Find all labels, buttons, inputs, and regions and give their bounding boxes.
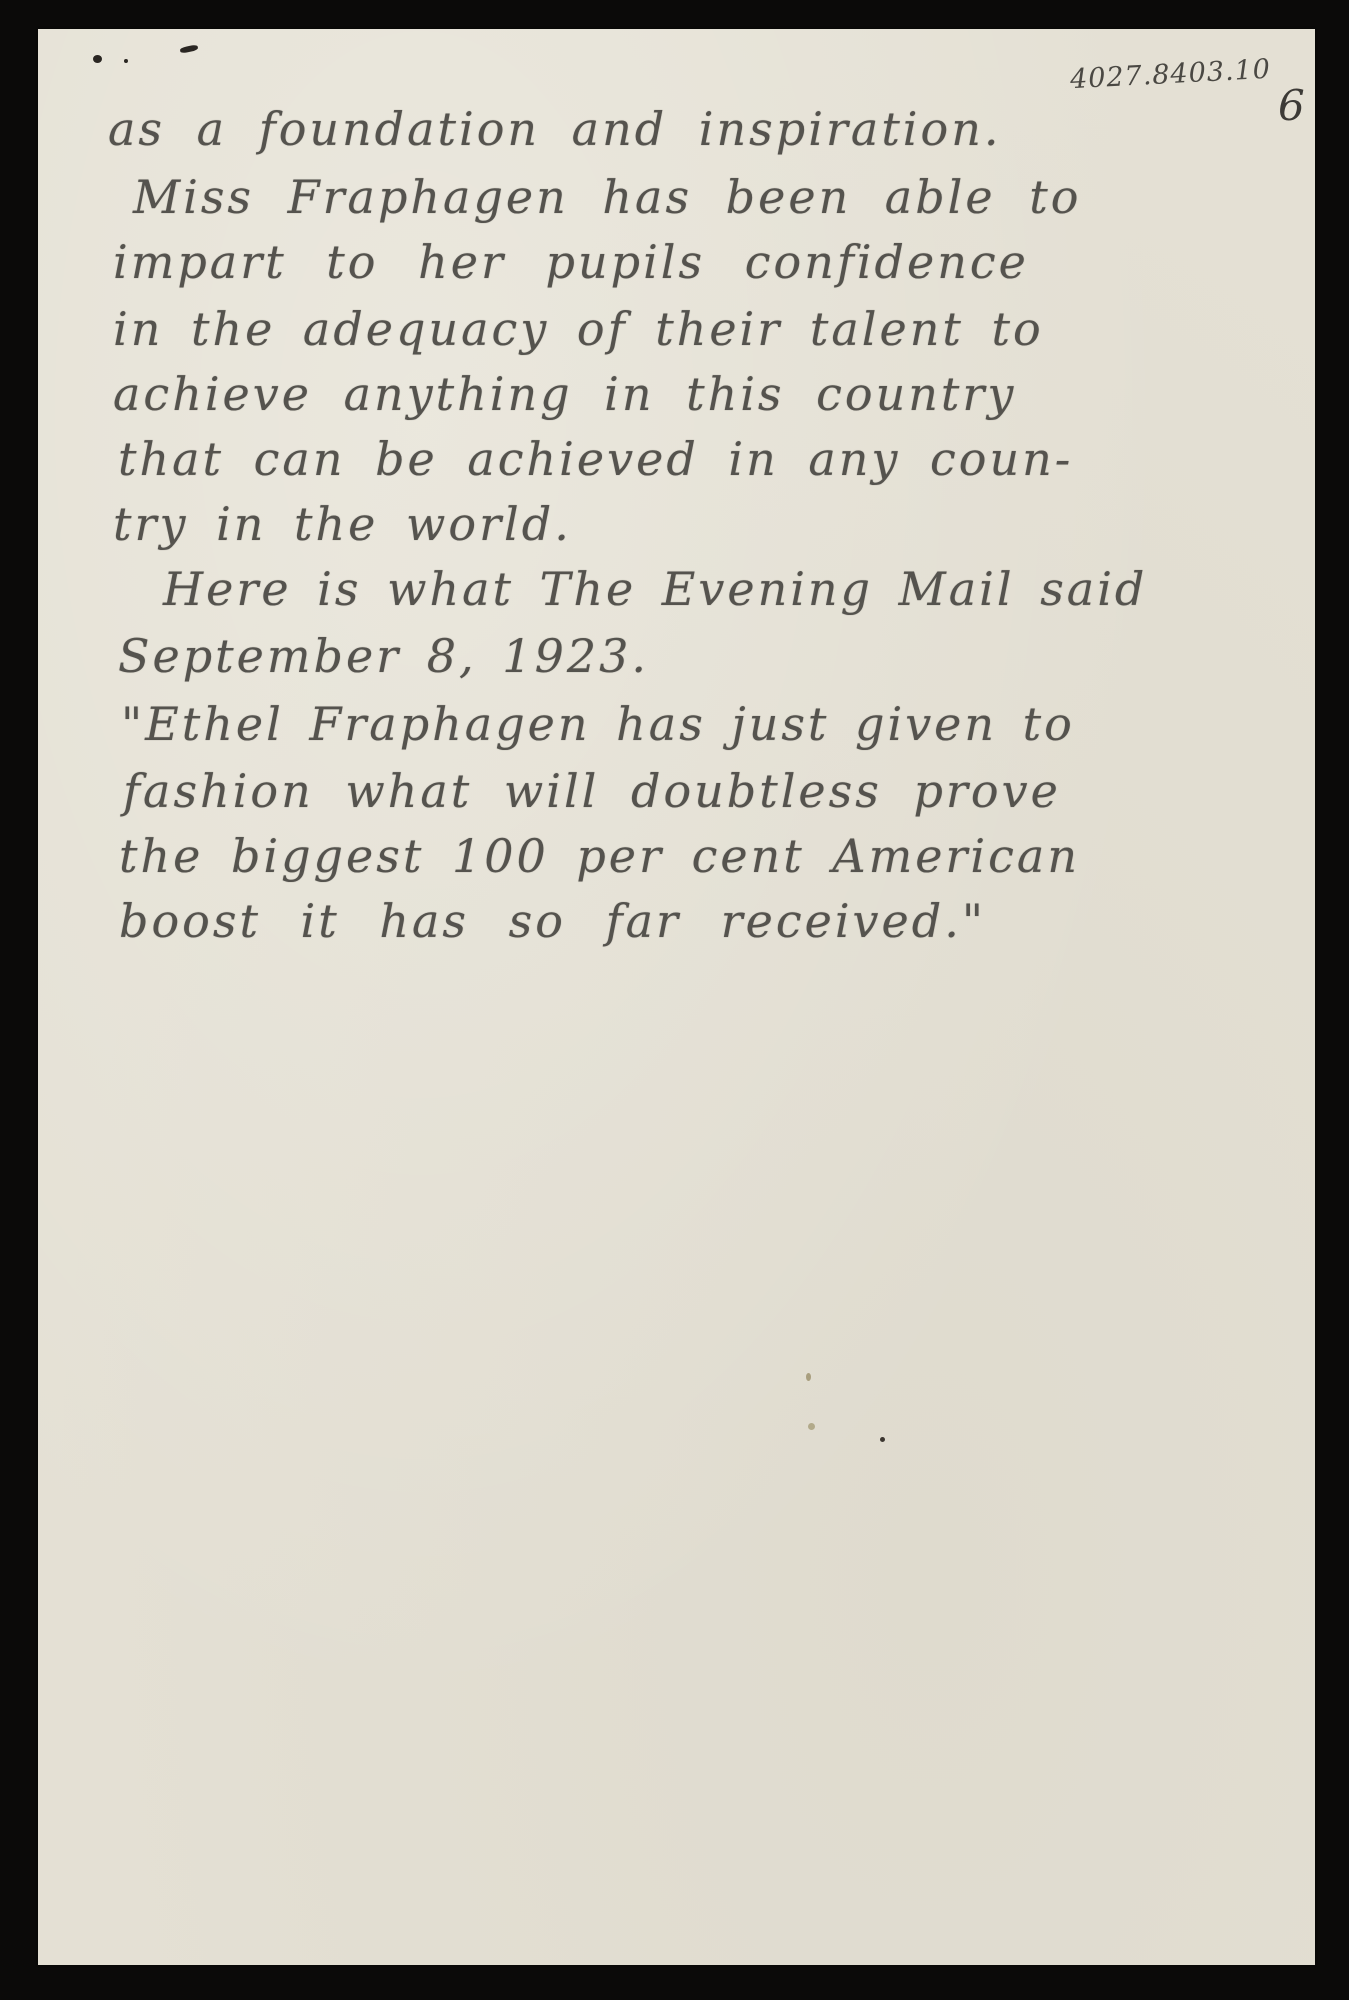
ink-speck: [93, 55, 102, 63]
page-number: 6: [1278, 81, 1305, 130]
ink-speck: [124, 59, 128, 63]
paper-speck: [808, 1423, 815, 1430]
ink-speck: [180, 44, 199, 54]
paper-speck: [880, 1437, 885, 1442]
manuscript-page: 4027.8403.10 6 as a foundation and inspi…: [38, 29, 1315, 1965]
paper-speck: [806, 1373, 811, 1381]
catalog-number: 4027.8403.10: [1069, 54, 1271, 95]
